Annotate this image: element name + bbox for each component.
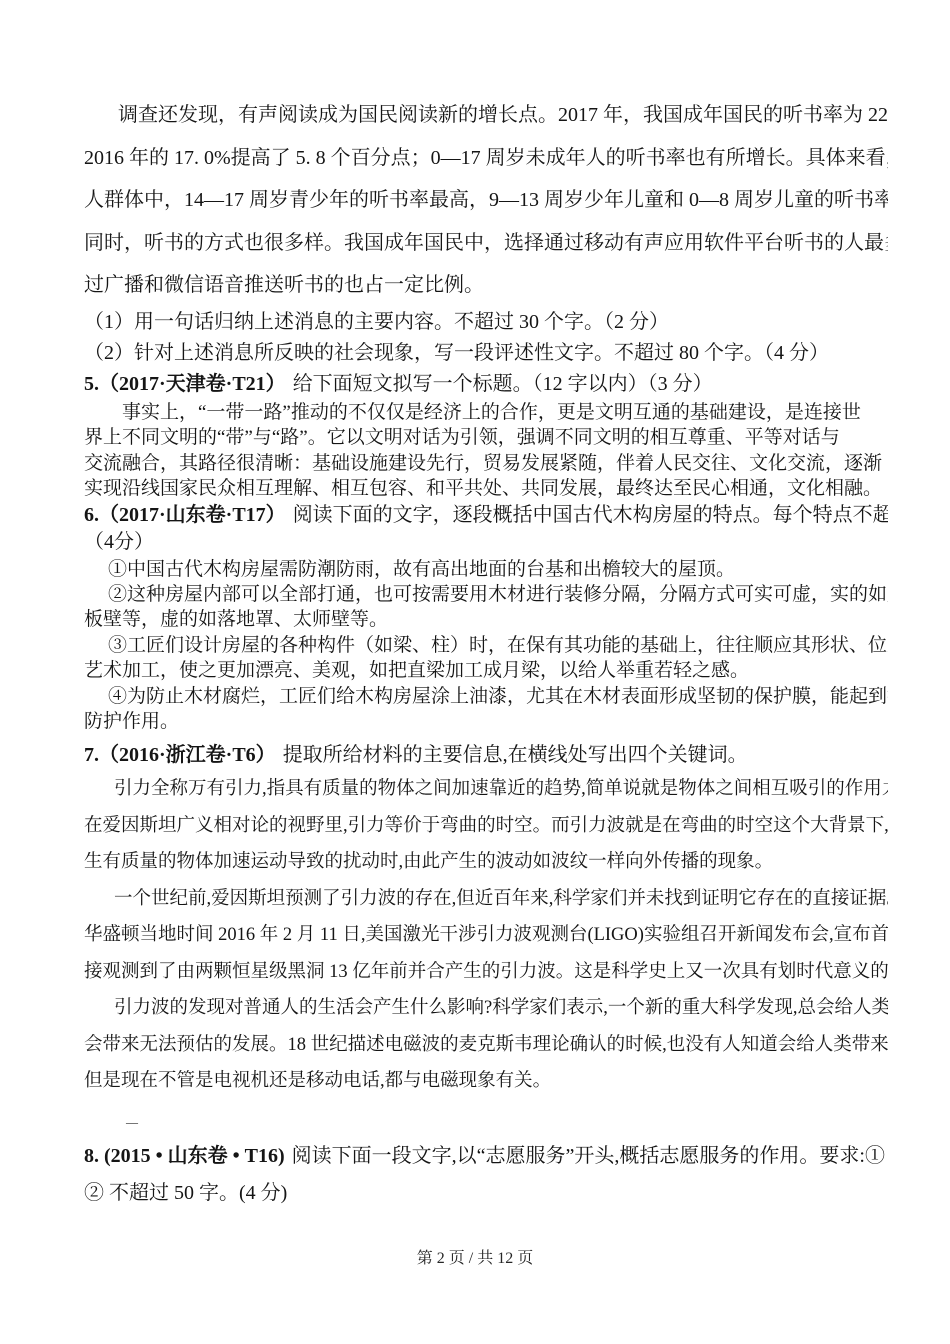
audio-reading-passage-line: 同时，听书的方式也很多样。我国成年国民中，选择通过移动有声应用软件平台听书的人最…: [84, 222, 888, 265]
line-text: ①中国古代木构房屋需防潮防雨，故有高出地面的台基和出檐较大的屋顶。: [108, 559, 735, 580]
audio-reading-passage-line: 调查还发现，有声阅读成为国民阅读新的增长点。2017 年，我国成年国民的听书率为…: [84, 94, 888, 137]
question-8-heading: 8. (2015 • 山东卷 • T16)阅读下面一段文字,以“志愿服务”开头,…: [84, 1138, 888, 1212]
line-text: 同时，听书的方式也很多样。我国成年国民中，选择通过移动有声应用软件平台听书的人最…: [84, 232, 888, 254]
question-6-items: ①中国古代木构房屋需防潮防雨，故有高出地面的台基和出檐较大的屋顶。②这种房屋内部…: [84, 557, 888, 735]
question-5-passage-line: 交流融合，其路径很清晰：基础设施建设先行，贸易发展紧随，伴着人民交往、文化交流，…: [84, 451, 888, 476]
line-text: 阅读下面一段文字,以“志愿服务”开头,概括志愿服务的作用。要求:① 要点全面;: [292, 1145, 888, 1167]
line-text: （1）用一句话归纳上述消息的主要内容。不超过 30 个字。（2 分）: [84, 311, 669, 333]
question-7-passage-line: 但是现在不管是电视机还是移动电话,都与电磁现象有关。: [84, 1063, 888, 1100]
audio-reading-passage: 调查还发现，有声阅读成为国民阅读新的增长点。2017 年，我国成年国民的听书率为…: [84, 94, 888, 307]
document-page: 调查还发现，有声阅读成为国民阅读新的增长点。2017 年，我国成年国民的听书率为…: [0, 0, 950, 1344]
question-7-passage-line: 引力全称万有引力,指具有质量的物体之间加速靠近的趋势,简单说就是物体之间相互吸引…: [84, 771, 888, 808]
question-7-passage-line: 引力波的发现对普通人的生活会产生什么影响?科学家们表示,一个新的重大科学发现,总…: [84, 990, 888, 1027]
line-text: 一个世纪前,爱因斯坦预测了引力波的存在,但近百年来,科学家们并未找到证明它存在的…: [114, 889, 888, 909]
question-8-heading-line: ② 不超过 50 字。(4 分): [84, 1175, 888, 1212]
line-text: 华盛顿当地时间 2016 年 2 月 11 日,美国激光干涉引力波观测台(LIG…: [84, 925, 888, 945]
audio-reading-passage-line: 人群体中，14—17 周岁青少年的听书率最高，9—13 周岁少年儿童和 0—8 …: [84, 179, 888, 222]
question-5-passage: 事实上，“一带一路”推动的不仅仅是经济上的合作，更是文明互通的基础建设，是连接世…: [84, 400, 888, 502]
audio-reading-passage-line: 过广播和微信语音推送听书的也占一定比例。: [84, 264, 888, 307]
subquestion-list: （1）用一句话归纳上述消息的主要内容。不超过 30 个字。（2 分）（2）针对上…: [84, 307, 888, 369]
line-text: 实现沿线国家民众相互理解、相互包容、和平共处、共同发展，最终达至民心相通，文化相…: [84, 478, 882, 499]
question-number-label: 6.（2017·山东卷·T17）: [84, 504, 286, 526]
question-7-passage-line: 会带来无法预估的发展。18 世纪描述电磁波的麦克斯韦理论确认的时候,也没有人知道…: [84, 1027, 888, 1064]
question-7-heading-line: 7.（2016·浙江卷·T6）提取所给材料的主要信息,在横线处写出四个关键词。: [84, 740, 888, 771]
line-text: 引力波的发现对普通人的生活会产生什么影响?科学家们表示,一个新的重大科学发现,总…: [114, 998, 888, 1018]
line-text: 板壁等，虚的如落地罩、太师壁等。: [84, 609, 388, 630]
question-7-passage-line: 接观测到了由两颗恒星级黑洞 13 亿年前并合产生的引力波。这是科学史上又一次具有…: [84, 954, 888, 991]
blank-line-mark: —: [84, 1112, 888, 1132]
line-text: 但是现在不管是电视机还是移动电话,都与电磁现象有关。: [84, 1071, 551, 1091]
question-5-heading: 5.（2017·天津卷·T21）给下面短文拟写一个标题。（12 字以内）（3 分…: [84, 369, 888, 400]
audio-reading-passage-line: 2016 年的 17. 0%提高了 5. 8 个百分点；0—17 周岁未成年人的…: [84, 137, 888, 180]
line-text: 艺术加工，使之更加漂亮、美观，如把直梁加工成月梁，以给人举重若轻之感。: [84, 660, 749, 681]
line-text: 事实上，“一带一路”推动的不仅仅是经济上的合作，更是文明互通的基础建设，是连接世: [122, 402, 861, 423]
question-number-label: 5.（2017·天津卷·T21）: [84, 373, 286, 395]
question-7-passage-line: 一个世纪前,爱因斯坦预测了引力波的存在,但近百年来,科学家们并未找到证明它存在的…: [84, 881, 888, 918]
question-6-items-line: 艺术加工，使之更加漂亮、美观，如把直梁加工成月梁，以给人举重若轻之感。: [84, 658, 888, 683]
question-6-heading: 6.（2017·山东卷·T17）阅读下面的文字，逐段概括中国古代木构房屋的特点。…: [84, 502, 888, 557]
line-text: 接观测到了由两颗恒星级黑洞 13 亿年前并合产生的引力波。这是科学史上又一次具有…: [84, 962, 888, 982]
question-5-heading-line: 5.（2017·天津卷·T21）给下面短文拟写一个标题。（12 字以内）（3 分…: [84, 369, 888, 400]
line-text: 调查还发现，有声阅读成为国民阅读新的增长点。2017 年，我国成年国民的听书率为…: [118, 104, 888, 126]
question-7-passage: 引力全称万有引力,指具有质量的物体之间加速靠近的趋势,简单说就是物体之间相互吸引…: [84, 771, 888, 1100]
question-5-passage-line: 实现沿线国家民众相互理解、相互包容、和平共处、共同发展，最终达至民心相通，文化相…: [84, 476, 888, 501]
question-6-items-line: 防护作用。: [84, 709, 888, 734]
line-text: ②这种房屋内部可以全部打通，也可按需要用木材进行装修分隔，分隔方式可实可虚，实的…: [108, 584, 888, 605]
line-text: （4分）: [84, 531, 154, 553]
question-6-items-line: ④为防止木材腐烂，工匠们给木构房屋涂上油漆，尤其在木材表面形成坚韧的保护膜，能起…: [84, 684, 888, 709]
question-6-items-line: ②这种房屋内部可以全部打通，也可按需要用木材进行装修分隔，分隔方式可实可虚，实的…: [84, 582, 888, 607]
subquestion-list-line: （2）针对上述消息所反映的社会现象，写一段评述性文字。不超过 80 个字。（4 …: [84, 338, 888, 369]
question-6-items-line: ③工匠们设计房屋的各种构件（如梁、柱）时，在保有其功能的基础上，往往顺应其形状、…: [84, 633, 888, 658]
line-text: ④为防止木材腐烂，工匠们给木构房屋涂上油漆，尤其在木材表面形成坚韧的保护膜，能起…: [108, 686, 888, 707]
question-7-passage-line: 生有质量的物体加速运动导致的扰动时,由此产生的波动如波纹一样向外传播的现象。: [84, 844, 888, 881]
line-text: 引力全称万有引力,指具有质量的物体之间加速靠近的趋势,简单说就是物体之间相互吸引…: [114, 779, 888, 799]
blank-line-mark-line: —: [84, 1112, 888, 1132]
question-6-heading-line: （4分）: [84, 529, 888, 557]
question-number-label: 7.（2016·浙江卷·T6）: [84, 744, 276, 766]
line-text: 阅读下面的文字，逐段概括中国古代木构房屋的特点。每个特点不超过 10 个字。: [293, 504, 888, 526]
question-6-items-line: ①中国古代木构房屋需防潮防雨，故有高出地面的台基和出檐较大的屋顶。: [84, 557, 888, 582]
line-text: ③工匠们设计房屋的各种构件（如梁、柱）时，在保有其功能的基础上，往往顺应其形状、…: [108, 635, 888, 656]
subquestion-list-line: （1）用一句话归纳上述消息的主要内容。不超过 30 个字。（2 分）: [84, 307, 888, 338]
line-text: 界上不同文明的“带”与“路”。它以文明对话为引领，强调不同文明的相互尊重、平等对…: [84, 427, 840, 448]
line-text: —: [126, 1115, 138, 1129]
line-text: 交流融合，其路径很清晰：基础设施建设先行，贸易发展紧随，伴着人民交往、文化交流，…: [84, 453, 882, 474]
question-5-passage-line: 界上不同文明的“带”与“路”。它以文明对话为引领，强调不同文明的相互尊重、平等对…: [84, 425, 888, 450]
question-8-heading-line: 8. (2015 • 山东卷 • T16)阅读下面一段文字,以“志愿服务”开头,…: [84, 1138, 888, 1175]
line-text: 生有质量的物体加速运动导致的扰动时,由此产生的波动如波纹一样向外传播的现象。: [84, 852, 773, 872]
question-7-heading: 7.（2016·浙江卷·T6）提取所给材料的主要信息,在横线处写出四个关键词。: [84, 740, 888, 771]
line-text: 防护作用。: [84, 711, 179, 732]
line-text: ② 不超过 50 字。(4 分): [84, 1182, 287, 1204]
page-number-footer: 第 2 页 / 共 12 页: [0, 1245, 950, 1268]
line-text: 2016 年的 17. 0%提高了 5. 8 个百分点；0—17 周岁未成年人的…: [84, 147, 888, 169]
line-text: 给下面短文拟写一个标题。（12 字以内）（3 分）: [293, 373, 713, 395]
question-5-passage-line: 事实上，“一带一路”推动的不仅仅是经济上的合作，更是文明互通的基础建设，是连接世: [84, 400, 888, 425]
line-text: （2）针对上述消息所反映的社会现象，写一段评述性文字。不超过 80 个字。（4 …: [84, 342, 829, 364]
line-text: 过广播和微信语音推送听书的也占一定比例。: [84, 274, 484, 296]
line-text: 在爱因斯坦广义相对论的视野里,引力等价于弯曲的时空。而引力波就是在弯曲的时空这个…: [84, 816, 888, 836]
question-7-passage-line: 华盛顿当地时间 2016 年 2 月 11 日,美国激光干涉引力波观测台(LIG…: [84, 917, 888, 954]
question-number-label: 8. (2015 • 山东卷 • T16): [84, 1145, 285, 1167]
line-text: 会带来无法预估的发展。18 世纪描述电磁波的麦克斯韦理论确认的时候,也没有人知道…: [84, 1035, 888, 1055]
question-6-items-line: 板壁等，虚的如落地罩、太师壁等。: [84, 607, 888, 632]
line-text: 人群体中，14—17 周岁青少年的听书率最高，9—13 周岁少年儿童和 0—8 …: [84, 189, 888, 211]
question-7-passage-line: 在爱因斯坦广义相对论的视野里,引力等价于弯曲的时空。而引力波就是在弯曲的时空这个…: [84, 808, 888, 845]
question-6-heading-line: 6.（2017·山东卷·T17）阅读下面的文字，逐段概括中国古代木构房屋的特点。…: [84, 502, 888, 530]
line-text: 提取所给材料的主要信息,在横线处写出四个关键词。: [283, 744, 748, 766]
document-body: 调查还发现，有声阅读成为国民阅读新的增长点。2017 年，我国成年国民的听书率为…: [84, 94, 888, 1212]
